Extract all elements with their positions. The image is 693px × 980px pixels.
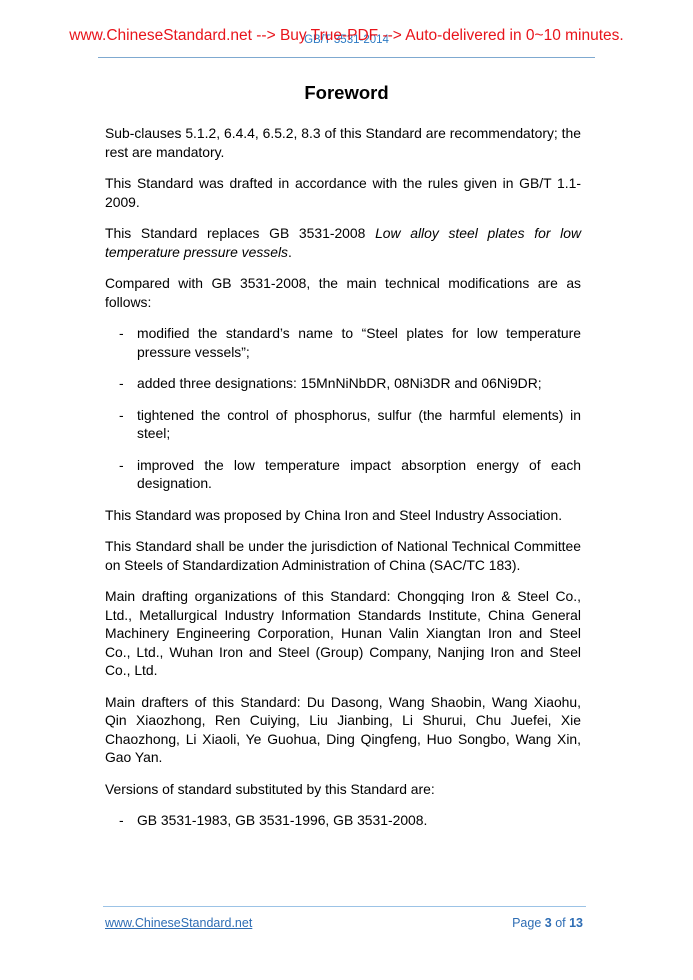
paragraph-drafters: Main drafters of this Standard: Du Dason… [105,693,581,767]
purchase-banner[interactable]: www.ChineseStandard.net --> Buy True-PDF… [0,27,693,45]
paragraph-versions-intro: Versions of standard substituted by this… [105,780,581,799]
paragraph-replaces: This Standard replaces GB 3531-2008 Low … [105,224,581,261]
page-label: Page [512,916,545,930]
bullet-dash: - [119,374,124,393]
page-of-label: of [552,916,569,930]
header-divider [98,57,595,58]
paragraph-drafting-organizations: Main drafting organizations of this Stan… [105,587,581,680]
bullet-dash: - [119,811,124,830]
footer-divider [103,906,586,907]
paragraph-modifications-intro: Compared with GB 3531-2008, the main tec… [105,274,581,311]
list-item-modification: - added three designations: 15MnNiNbDR, … [105,374,581,393]
replaces-prefix: This Standard replaces GB 3531-2008 [105,225,375,241]
bullet-dash: - [119,406,124,425]
paragraph-jurisdiction: This Standard shall be under the jurisdi… [105,537,581,574]
bullet-dash: - [119,324,124,343]
modification-text: modified the standard’s name to “Steel p… [137,325,581,360]
modification-text: added three designations: 15MnNiNbDR, 08… [137,375,542,391]
page-title: Foreword [0,82,693,104]
paragraph-proposed-by: This Standard was proposed by China Iron… [105,506,581,525]
total-pages: 13 [569,916,583,930]
list-item-version: - GB 3531-1983, GB 3531-1996, GB 3531-20… [105,811,581,830]
page-number: Page 3 of 13 [512,916,583,930]
version-text: GB 3531-1983, GB 3531-1996, GB 3531-2008… [137,812,427,828]
current-page: 3 [545,916,552,930]
paragraph-drafting-rules: This Standard was drafted in accordance … [105,174,581,211]
list-item-modification: - tightened the control of phosphorus, s… [105,406,581,443]
list-item-modification: - improved the low temperature impact ab… [105,456,581,493]
list-item-modification: - modified the standard’s name to “Steel… [105,324,581,361]
footer-website-link[interactable]: www.ChineseStandard.net [105,916,252,930]
bullet-dash: - [119,456,124,475]
replaces-suffix: . [288,244,292,260]
paragraph-clauses: Sub-clauses 5.1.2, 6.4.4, 6.5.2, 8.3 of … [105,124,581,161]
modification-text: tightened the control of phosphorus, sul… [137,407,581,442]
foreword-body: Sub-clauses 5.1.2, 6.4.4, 6.5.2, 8.3 of … [105,124,581,843]
modification-text: improved the low temperature impact abso… [137,457,581,492]
